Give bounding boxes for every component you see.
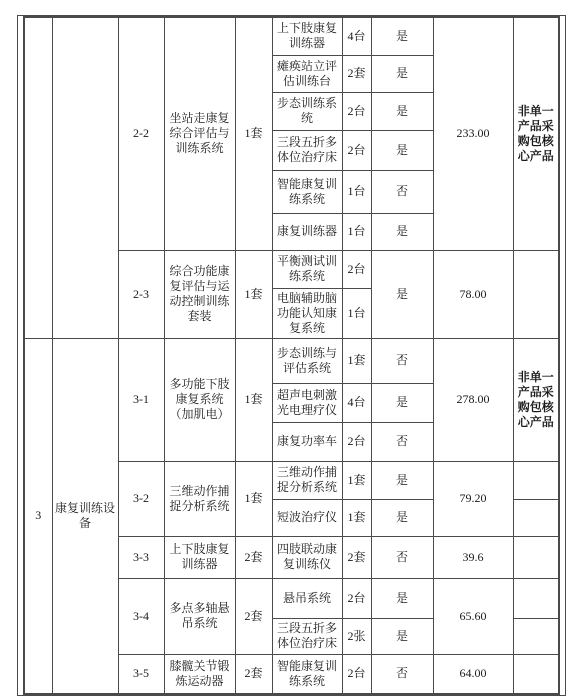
group-name-cell: 多点多轴悬吊系统: [164, 578, 235, 654]
item-name-cell: 超声电刺激光电理疗仪: [272, 383, 342, 422]
group-qty-cell: 1套: [235, 461, 272, 536]
price-cell: 65.60: [433, 578, 513, 654]
item-name-cell: 智能康复训练系统: [272, 170, 342, 213]
note-cell-empty: [513, 499, 559, 536]
category-cell: 康复训练设备: [52, 338, 118, 694]
item-qty-cell: 4台: [342, 383, 371, 422]
group-qty-cell: 1套: [235, 338, 272, 461]
item-name-cell: 步态训练系统: [272, 92, 342, 130]
item-qty-cell: 1台: [342, 170, 371, 213]
item-name-cell: 智能康复训练系统: [272, 654, 342, 694]
item-qty-cell: 2张: [342, 618, 371, 654]
group-name-cell: 综合功能康复评估与运动控制训练套装: [164, 250, 235, 338]
group-name-cell: 上下肢康复训练器: [164, 536, 235, 578]
item-qty-cell: 1台: [342, 288, 371, 338]
core-flag-cell: 否: [371, 536, 433, 578]
group-qty-cell: 1套: [235, 250, 272, 338]
item-qty-cell: 1套: [342, 461, 371, 499]
item-name-cell: 康复训练器: [272, 213, 342, 250]
item-name-cell: 步态训练与评估系统: [272, 338, 342, 383]
core-flag-cell: 是: [371, 250, 433, 338]
core-flag-cell: 是: [371, 213, 433, 250]
item-name-cell: 三段五折多体位治疗床: [272, 130, 342, 170]
item-qty-cell: 2台: [342, 578, 371, 618]
table-outer-frame: 2-2 坐站走康复综合评估与训练系统 1套 上下肢康复训练器 4台 是 233.…: [17, 15, 566, 696]
core-flag-cell: 是: [371, 130, 433, 170]
item-name-cell: 康复功率车: [272, 422, 342, 461]
price-cell: 79.20: [433, 461, 513, 536]
item-name-cell: 四肢联动康复训练仪: [272, 536, 342, 578]
core-flag-cell: 否: [371, 338, 433, 383]
note-cell: 非单一产品采购包核心产品: [513, 338, 559, 461]
core-flag-cell: 否: [371, 170, 433, 213]
price-cell: 278.00: [433, 338, 513, 461]
price-cell: 78.00: [433, 250, 513, 338]
group-id-cell: 2-3: [118, 250, 164, 338]
item-qty-cell: 1台: [342, 213, 371, 250]
price-cell: 64.00: [433, 654, 513, 694]
group-qty-cell: 2套: [235, 536, 272, 578]
core-flag-cell: 是: [371, 499, 433, 536]
group-qty-cell: 2套: [235, 578, 272, 654]
group-name-cell: 三维动作捕捉分析系统: [164, 461, 235, 536]
group-id-cell: 3-5: [118, 654, 164, 694]
note-cell-empty: [513, 250, 559, 338]
price-cell: 39.6: [433, 536, 513, 578]
core-flag-cell: 否: [371, 422, 433, 461]
item-name-cell: 短波治疗仪: [272, 499, 342, 536]
core-flag-cell: 是: [371, 55, 433, 92]
core-flag-cell: 否: [371, 654, 433, 694]
note-cell-empty: [513, 578, 559, 618]
group-id-cell: 3-4: [118, 578, 164, 654]
item-name-cell: 瘫痪站立评估训练台: [272, 55, 342, 92]
group-id-cell: 3-2: [118, 461, 164, 536]
note-cell-empty: [513, 461, 559, 499]
group-name-cell: 坐站走康复综合评估与训练系统: [164, 17, 235, 250]
core-flag-cell: 是: [371, 383, 433, 422]
group-id-cell: 3-1: [118, 338, 164, 461]
note-cell-empty: [513, 536, 559, 578]
item-name-cell: 平衡测试训练系统: [272, 250, 342, 288]
item-qty-cell: 2台: [342, 422, 371, 461]
procurement-table: 2-2 坐站走康复综合评估与训练系统 1套 上下肢康复训练器 4台 是 233.…: [23, 16, 560, 695]
item-name-cell: 电脑辅助脑功能认知康复系统: [272, 288, 342, 338]
group-name-cell: 多功能下肢康复系统（加肌电）: [164, 338, 235, 461]
item-qty-cell: 2套: [342, 55, 371, 92]
note-cell-empty: [513, 618, 559, 654]
item-name-cell: 悬吊系统: [272, 578, 342, 618]
item-name-cell: 三维动作捕捉分析系统: [272, 461, 342, 499]
core-flag-cell: 是: [371, 461, 433, 499]
core-flag-cell: 是: [371, 618, 433, 654]
item-qty-cell: 2台: [342, 130, 371, 170]
item-name-cell: 三段五折多体位治疗床: [272, 618, 342, 654]
item-qty-cell: 1套: [342, 338, 371, 383]
item-qty-cell: 2台: [342, 250, 371, 288]
core-flag-cell: 是: [371, 92, 433, 130]
item-qty-cell: 4台: [342, 17, 371, 55]
group-qty-cell: 1套: [235, 17, 272, 250]
table-row: 3 康复训练设备 3-1 多功能下肢康复系统（加肌电） 1套 步态训练与评估系统…: [24, 338, 559, 383]
group-id-cell: 2-2: [118, 17, 164, 250]
serial-empty-cell: [24, 17, 52, 338]
item-qty-cell: 2套: [342, 536, 371, 578]
group-id-cell: 3-3: [118, 536, 164, 578]
core-flag-cell: 是: [371, 17, 433, 55]
item-qty-cell: 2台: [342, 654, 371, 694]
note-cell-empty: [513, 654, 559, 694]
item-name-cell: 上下肢康复训练器: [272, 17, 342, 55]
group-name-cell: 膝髋关节锻炼运动器: [164, 654, 235, 694]
table-row: 2-2 坐站走康复综合评估与训练系统 1套 上下肢康复训练器 4台 是 233.…: [24, 17, 559, 55]
price-cell: 233.00: [433, 17, 513, 250]
group-qty-cell: 2套: [235, 654, 272, 694]
item-qty-cell: 2台: [342, 92, 371, 130]
core-flag-cell: 是: [371, 578, 433, 618]
note-cell: 非单一产品采购包核心产品: [513, 17, 559, 250]
category-empty-cell: [52, 17, 118, 338]
item-qty-cell: 1套: [342, 499, 371, 536]
serial-cell: 3: [24, 338, 52, 694]
